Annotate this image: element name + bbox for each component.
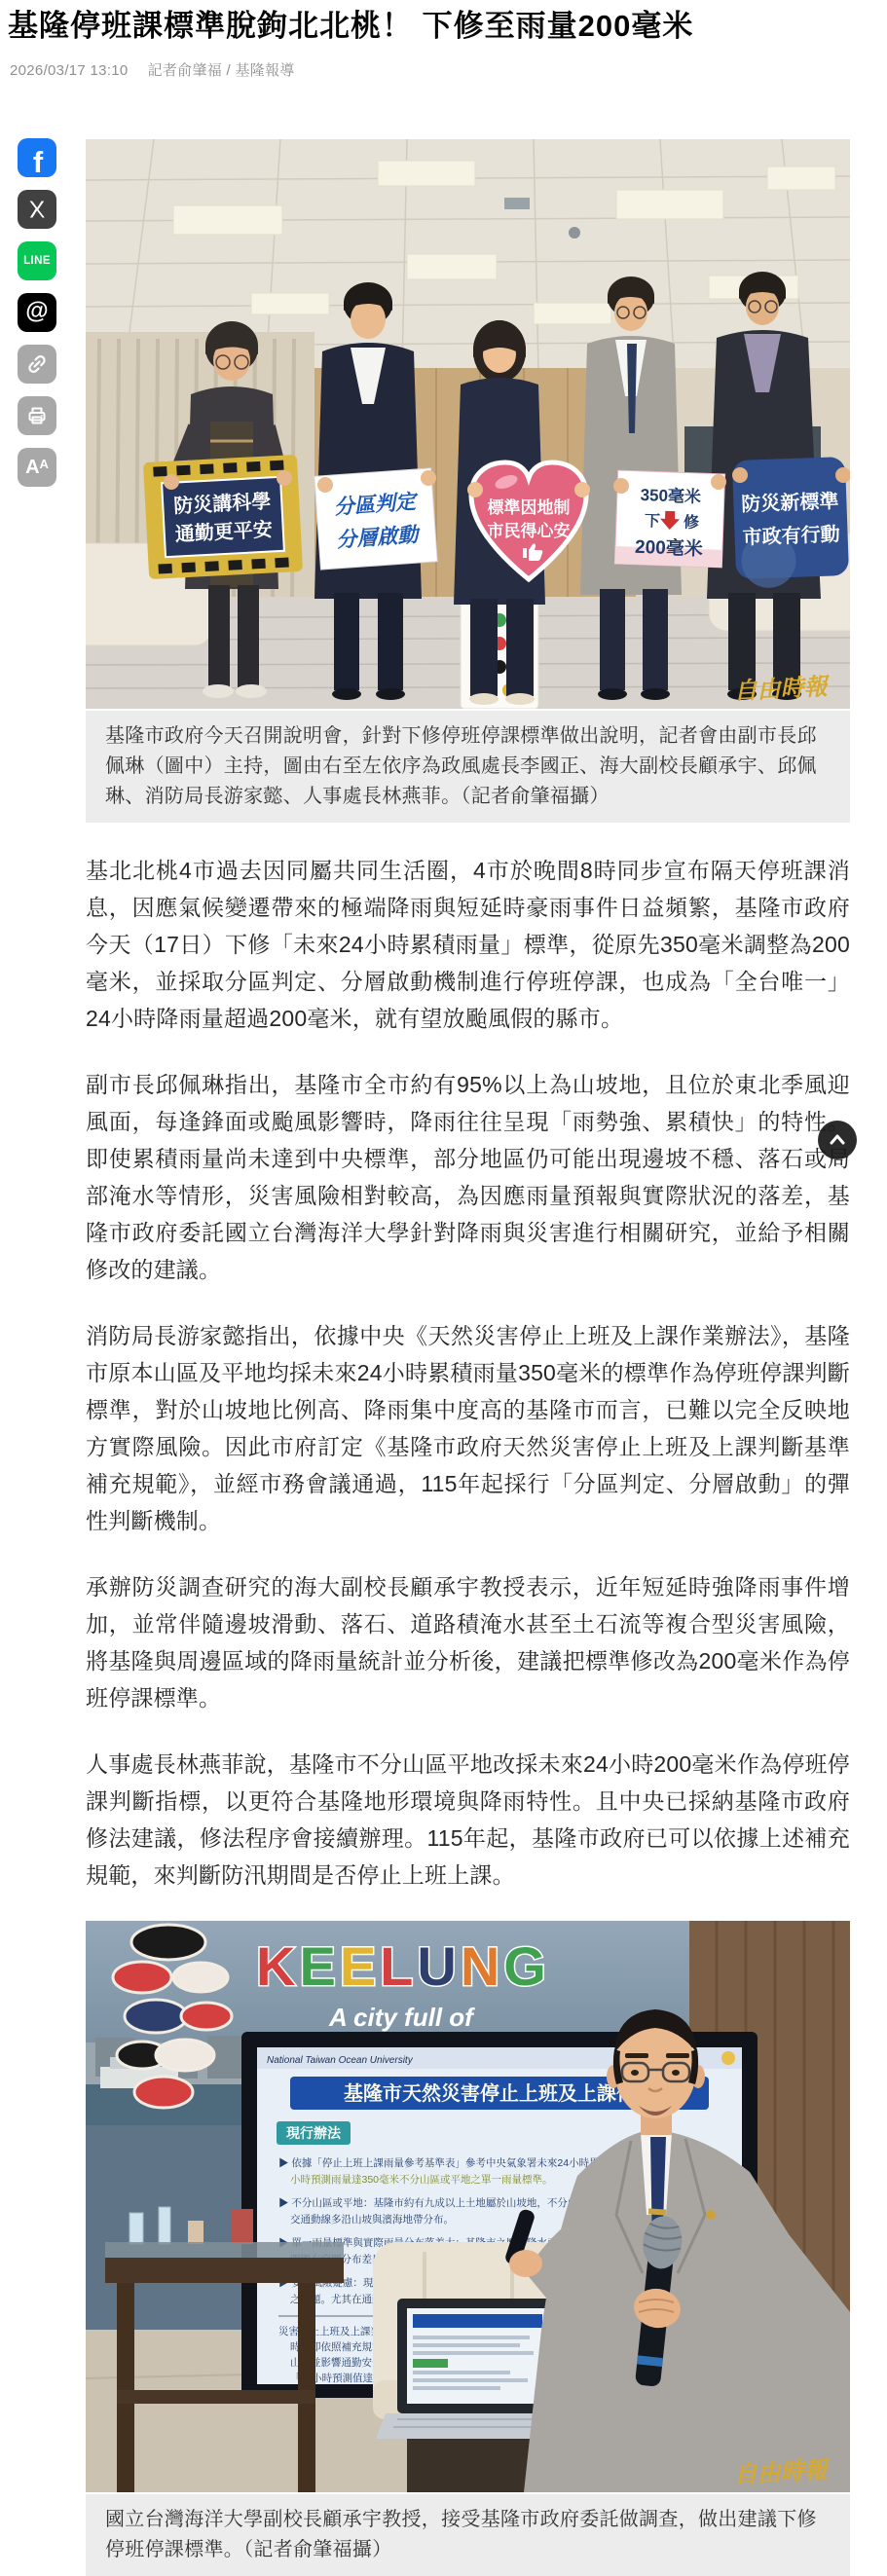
x-icon bbox=[26, 199, 48, 220]
sign3-text-line2: 市民得心安 bbox=[488, 521, 571, 540]
photo2-watermark: 自由時報 bbox=[733, 2457, 832, 2488]
line-icon: LINE bbox=[23, 255, 51, 267]
chevron-up-icon bbox=[826, 1128, 849, 1152]
article-content: KEELUNG bbox=[86, 139, 850, 2576]
photo2-caption: 國立台灣海洋大學副校長顧承宇教授，接受基隆市政府委託做調查，做出建議下修停班停課… bbox=[86, 2494, 850, 2576]
sign5-text-line1: 防災新標準 bbox=[741, 489, 839, 515]
sign-rainfall-change: 350毫米 下 修 200毫米 bbox=[614, 470, 724, 568]
slide-tag-text: 現行辦法 bbox=[286, 2125, 342, 2141]
sign-new-standard: 防災新標準 市政有行動 bbox=[732, 457, 850, 589]
copy-link-button[interactable] bbox=[18, 345, 56, 384]
facebook-share-button[interactable]: f bbox=[18, 138, 56, 177]
sign4-text-line3: 200毫米 bbox=[635, 535, 703, 560]
article-photo-2[interactable]: KEELUNG A city full of bbox=[86, 1921, 850, 2576]
sign4-text-down: 下 bbox=[645, 512, 661, 531]
publish-date: 2026/03/17 13:10 bbox=[10, 62, 129, 79]
article-paragraph: 人事處長林燕菲說，基隆市不分山區平地改採未來24小時200毫米作為停班停課判斷指… bbox=[86, 1746, 850, 1894]
photo1-scene: KEELUNG bbox=[86, 139, 850, 709]
article-page: 基隆停班課標準脫鉤北北桃！ 下修至雨量200毫米 2026/03/17 13:1… bbox=[0, 0, 887, 2576]
printer-icon bbox=[25, 404, 49, 427]
page-title: 基隆停班課標準脫鉤北北桃！ 下修至雨量200毫米 bbox=[8, 6, 874, 47]
mural-subtitle: A city full of bbox=[328, 2003, 475, 2032]
article-body: 基北北桃4市過去因同屬共同生活圈，4市於晚間8時同步宣布隔天停班課消息，因應氣候… bbox=[86, 852, 850, 1894]
ntou-logo bbox=[721, 2051, 735, 2065]
photo2-scene: KEELUNG A city full of bbox=[86, 1921, 850, 2492]
photo1-watermark: 自由時報 bbox=[733, 674, 832, 705]
sign4-text-fix: 修 bbox=[684, 512, 700, 532]
threads-icon: @ bbox=[25, 298, 48, 325]
print-button[interactable] bbox=[18, 396, 56, 435]
article-paragraph: 副市長邱佩琳指出，基隆市全市約有95%以上為山坡地，且位於東北季風迎風面，每逢鋒… bbox=[86, 1066, 850, 1288]
article-paragraph: 承辦防災調查研究的海大副校長顧承宇教授表示，近年短延時強降雨事件增加，並常伴隨邊… bbox=[86, 1568, 850, 1716]
x-share-button[interactable] bbox=[18, 190, 56, 229]
font-size-icon: AA bbox=[25, 457, 49, 479]
threads-share-button[interactable]: @ bbox=[18, 293, 56, 332]
font-size-button[interactable]: AA bbox=[18, 448, 56, 487]
byline: 記者俞肇福 / 基隆報導 bbox=[148, 62, 295, 79]
slide-bullet: 交通動線多沿山坡與濱海地帶分布。 bbox=[290, 2213, 454, 2226]
scroll-to-top-button[interactable] bbox=[818, 1121, 857, 1159]
line-share-button[interactable]: LINE bbox=[18, 241, 56, 280]
link-icon bbox=[25, 352, 49, 376]
sign5-text-line2: 市政有行動 bbox=[742, 522, 840, 548]
article-paragraph: 消防局長游家懿指出，依據中央《天然災害停止上班及上課作業辦法》，基隆市原本山區及… bbox=[86, 1317, 850, 1539]
mural-keelung-word: KEELUNG bbox=[256, 1935, 550, 1997]
article-meta: 2026/03/17 13:10記者俞肇福 / 基隆報導 bbox=[10, 59, 295, 80]
slide-title-text: 基隆市天然災害停止上班及上課作業 bbox=[344, 2081, 655, 2105]
facebook-icon: f bbox=[33, 145, 43, 177]
slide-org-text: National Taiwan Ocean University bbox=[267, 2055, 414, 2066]
photo1-caption: 基隆市政府今天召開說明會，針對下修停班停課標準做出說明，記者會由副市長邱佩琳（圖… bbox=[86, 711, 850, 823]
slide-bullet: 小時預測雨量達350毫米不分山區或平地之單一雨量標準。 bbox=[290, 2173, 553, 2186]
article-photo-1[interactable]: KEELUNG bbox=[86, 139, 850, 823]
article-paragraph: 基北北桃4市過去因同屬共同生活圈，4市於晚間8時同步宣布隔天停班課消息，因應氣候… bbox=[86, 852, 850, 1037]
share-rail: f LINE @ bbox=[18, 138, 56, 487]
sign3-text-line1: 標準因地制 bbox=[488, 497, 571, 517]
sign4-text-line1: 350毫米 bbox=[640, 485, 701, 506]
